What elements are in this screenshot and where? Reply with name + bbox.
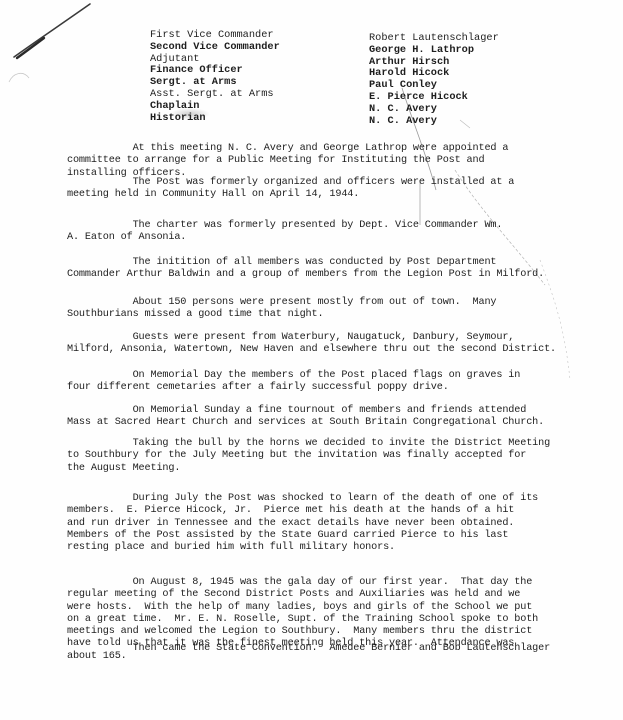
officer-row: Historian N. C. Avery: [150, 113, 590, 125]
paragraph: On Memorial Sunday a fine tournout of me…: [67, 405, 587, 430]
document-page: First Vice Commander Robert Lautenschlag…: [0, 0, 623, 720]
paragraph: On Memorial Day the members of the Post …: [67, 370, 587, 395]
text-line: four different cemetaries after a fairly…: [67, 382, 587, 394]
pencil-slash-mark: [14, 4, 90, 57]
text-line: The charter was formerly presented by De…: [67, 220, 587, 232]
text-line: On Memorial Sunday a fine tournout of me…: [67, 405, 587, 417]
text-line: were hosts. With the help of many ladies…: [67, 602, 587, 614]
officer-title: Second Vice Commander: [150, 42, 280, 54]
text-line: Commander Arthur Baldwin and a group of …: [67, 269, 587, 281]
paragraph: The initition of all members was conduct…: [67, 257, 587, 282]
paragraph: During July the Post was shocked to lear…: [67, 493, 587, 554]
text-line: meetings and welcomed the Legion to Sout…: [67, 626, 587, 638]
text-line: On August 8, 1945 was the gala day of ou…: [67, 577, 587, 589]
margin-arc-mark: [9, 73, 29, 82]
paragraph: Then came the State Convention. Amedee B…: [67, 643, 587, 655]
text-line: Members of the Post assisted by the Stat…: [67, 530, 587, 542]
text-line: On Memorial Day the members of the Post …: [67, 370, 587, 382]
text-line: During July the Post was shocked to lear…: [67, 493, 587, 505]
paragraph: The Post was formerly organized and offi…: [67, 177, 587, 202]
paragraph: Taking the bull by the horns we decided …: [67, 438, 587, 475]
text-line: About 150 persons were present mostly fr…: [67, 297, 587, 309]
officer-title: Asst. Sergt. at Arms: [150, 89, 274, 101]
officer-name: N. C. Avery: [369, 116, 437, 128]
text-line: Southburians missed a good time that nig…: [67, 309, 587, 321]
text-line: Taking the bull by the horns we decided …: [67, 438, 587, 450]
text-line: on a great time. Mr. E. N. Roselle, Supt…: [67, 614, 587, 626]
officers-list: First Vice Commander Robert Lautenschlag…: [150, 30, 590, 124]
paragraph: Guests were present from Waterbury, Naug…: [67, 332, 587, 357]
text-line: At this meeting N. C. Avery and George L…: [67, 143, 587, 155]
text-line: the August Meeting.: [67, 463, 587, 475]
officer-title: Chaplain: [150, 101, 199, 113]
officer-title: Historian: [150, 113, 206, 125]
text-line: and run driver in Tennessee and the exac…: [67, 518, 587, 530]
text-line: The initition of all members was conduct…: [67, 257, 587, 269]
text-line: Guests were present from Waterbury, Naug…: [67, 332, 587, 344]
paragraph: About 150 persons were present mostly fr…: [67, 297, 587, 322]
officer-row: Asst. Sergt. at Arms E. Pierce Hicock: [150, 89, 590, 101]
officer-row: Second Vice Commander George H. Lathrop: [150, 42, 590, 54]
text-line: Mass at Sacred Heart Church and services…: [67, 417, 587, 429]
text-line: The Post was formerly organized and offi…: [67, 177, 587, 189]
text-line: resting place and buried him with full m…: [67, 542, 587, 554]
text-line: Milford, Ansonia, Watertown, New Haven a…: [67, 344, 587, 356]
text-line: members. E. Pierce Hicock, Jr. Pierce me…: [67, 505, 587, 517]
officer-row: Chaplain N. C. Avery: [150, 101, 590, 113]
text-line: A. Eaton of Ansonia.: [67, 232, 587, 244]
paragraph: At this meeting N. C. Avery and George L…: [67, 143, 587, 180]
text-line: regular meeting of the Second District P…: [67, 589, 587, 601]
text-line: Then came the State Convention. Amedee B…: [67, 643, 587, 655]
text-line: to Southbury for the July Meeting but th…: [67, 450, 587, 462]
text-line: committee to arrange for a Public Meetin…: [67, 155, 587, 167]
text-line: meeting held in Community Hall on April …: [67, 189, 587, 201]
paragraph: The charter was formerly presented by De…: [67, 220, 587, 245]
